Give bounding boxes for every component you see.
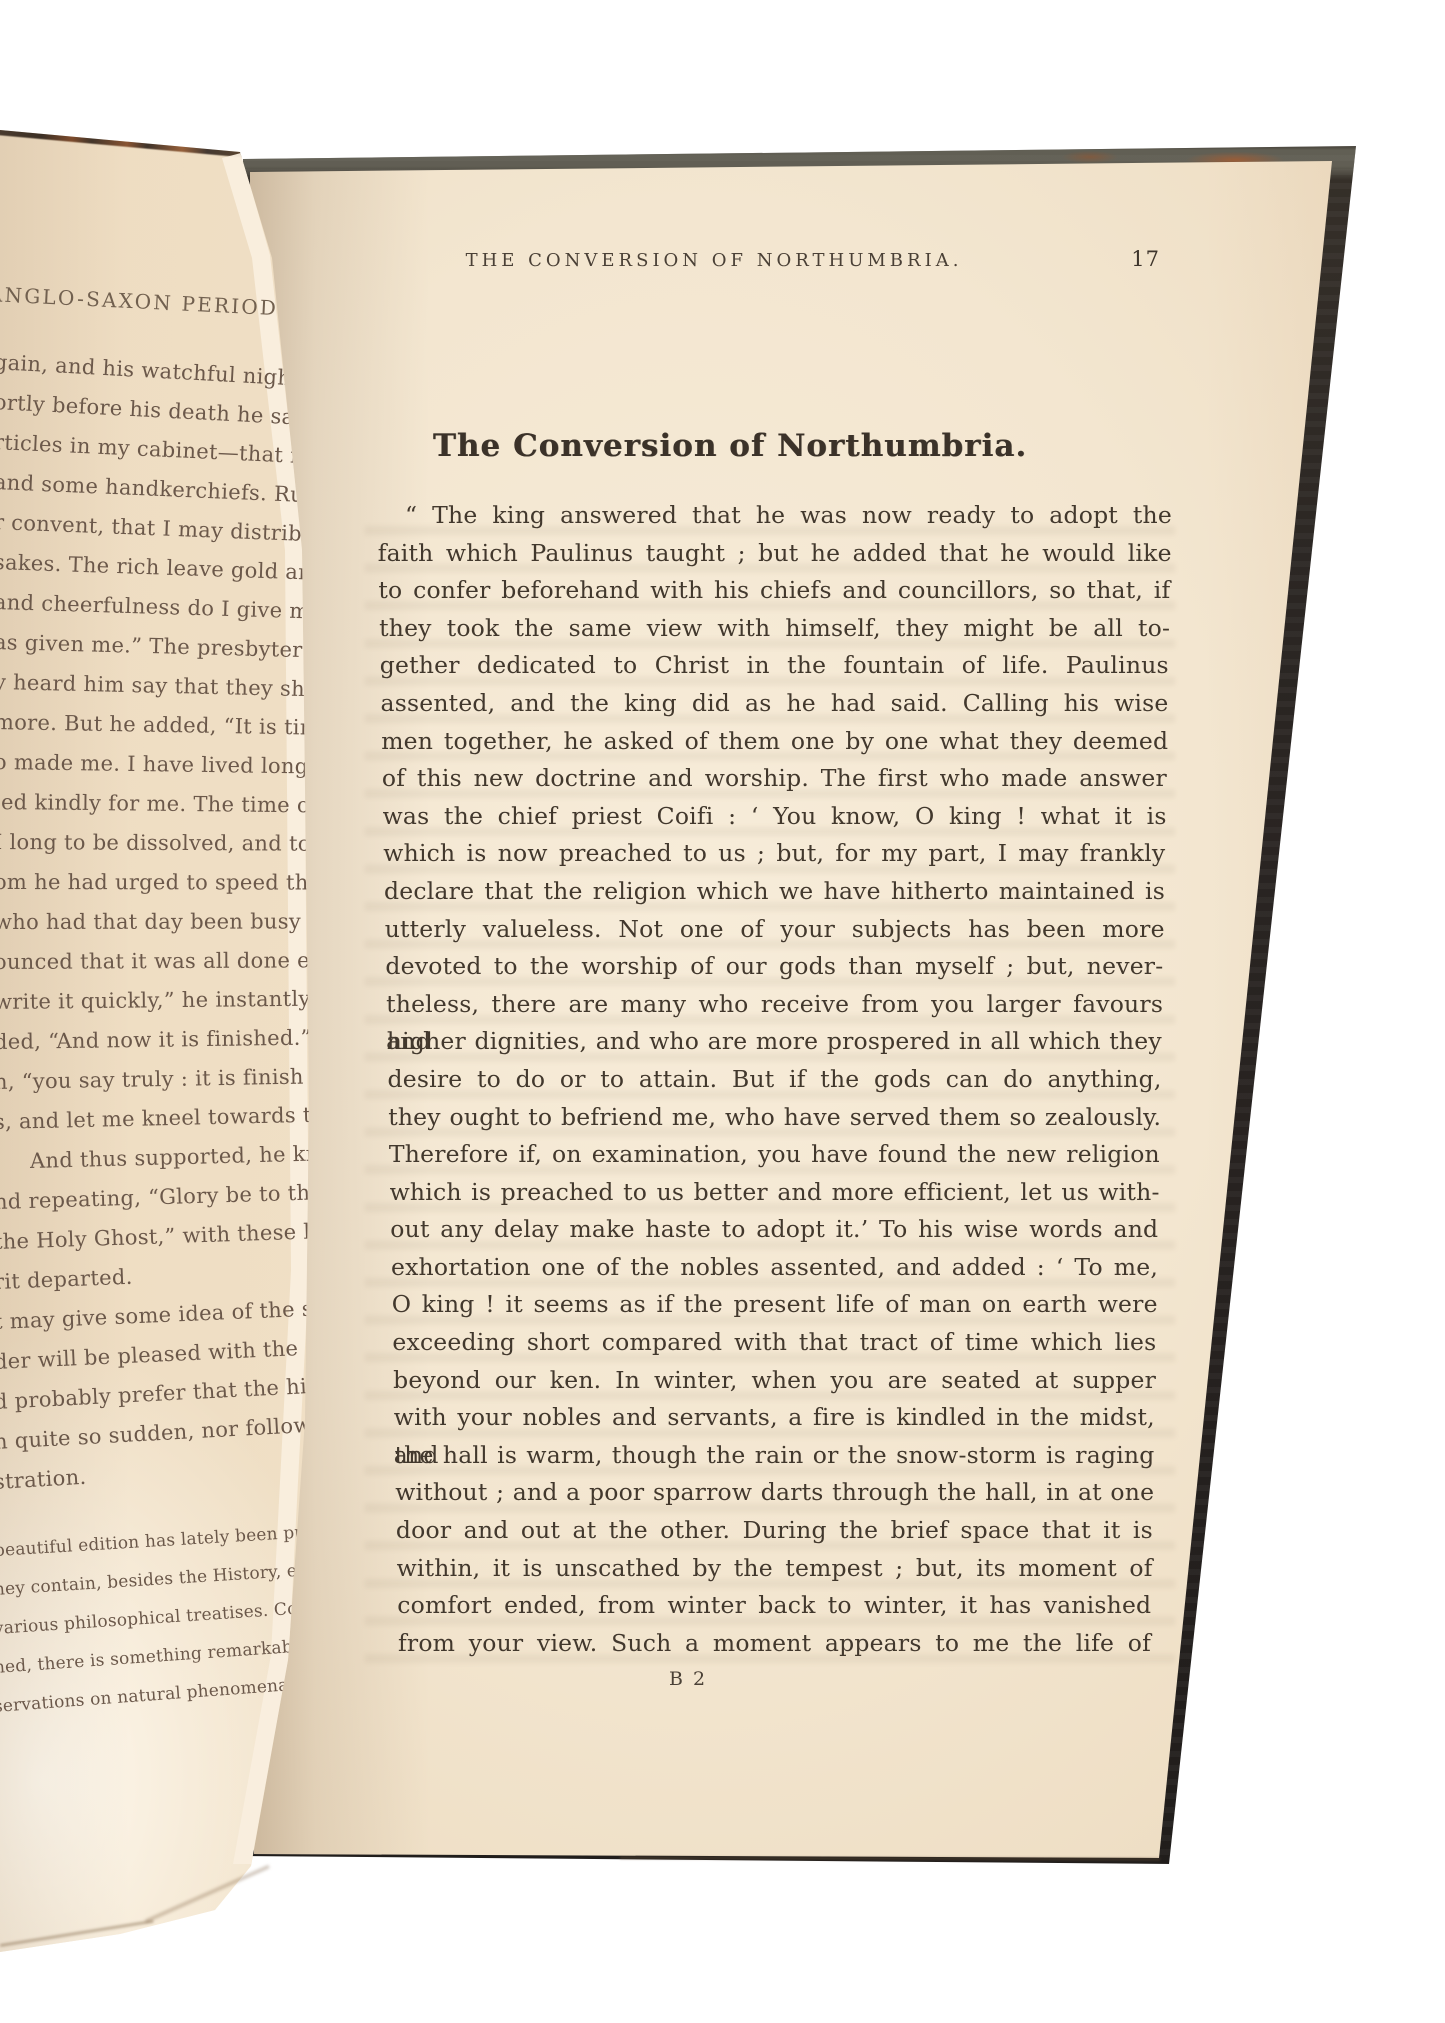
- right-page-header: THE CONVERSION OF NORTHUMBRIA. 17: [380, 247, 1160, 271]
- body-line: utterly valueless. Not one of your subje…: [385, 911, 1165, 949]
- body-line: “ The king answered that he was now read…: [377, 497, 1172, 535]
- page-top-edge: [0, 127, 248, 158]
- body-line: exhortation one of the nobles assented, …: [391, 1249, 1158, 1287]
- body-line: of this new doctrine and worship. The fi…: [382, 760, 1167, 798]
- running-head: THE CONVERSION OF NORTHUMBRIA.: [354, 250, 1074, 271]
- body-line: desire to do or to attain. But if the go…: [388, 1061, 1162, 1099]
- book-photo: THE CONVERSION OF NORTHUMBRIA. 17 The Co…: [0, 0, 1445, 2023]
- body-line: O king ! it seems as if the present life…: [392, 1286, 1158, 1324]
- body-line: comfort ended, from winter back to winte…: [397, 1587, 1151, 1625]
- body-line: declare that the religion which we have …: [384, 873, 1165, 911]
- body-line: faith which Paulinus taught ; but he add…: [378, 535, 1172, 573]
- body-line: exceeding short compared with that tract…: [392, 1324, 1156, 1362]
- body-line: devoted to the worship of our gods than …: [385, 948, 1163, 986]
- body-line: without ; and a poor sparrow darts throu…: [395, 1474, 1154, 1512]
- body-line: Therefore if, on examination, you have f…: [389, 1136, 1160, 1174]
- body-line: out any delay make haste to adopt it.’ T…: [390, 1211, 1158, 1249]
- running-head: ANGLO-SAXON PERIOD.: [0, 282, 286, 321]
- body-line: door and out at the other. During the br…: [396, 1512, 1153, 1550]
- page-number: 17: [1100, 247, 1160, 271]
- body-line: which is preached to us better and more …: [390, 1174, 1160, 1212]
- body-line: with your nobles and servants, a fire is…: [394, 1399, 1155, 1437]
- body-line: men together, he asked of them one by on…: [381, 723, 1168, 761]
- body-line: they took the same view with himself, th…: [379, 610, 1170, 648]
- body-line: the hall is warm, though the rain or the…: [395, 1437, 1155, 1475]
- chapter-heading: The Conversion of Northumbria.: [380, 428, 1080, 464]
- body-line: was the chief priest Coifi : ‘ You know,…: [383, 798, 1167, 836]
- body-line: to confer beforehand with his chiefs and…: [378, 572, 1170, 610]
- signature-mark: B 2: [380, 1668, 996, 1690]
- body-line: which is now preached to us ; but, for m…: [383, 835, 1165, 873]
- body-line: they ought to befriend me, who have serv…: [388, 1099, 1161, 1137]
- body-line: assented, and the king did as he had sai…: [381, 685, 1169, 723]
- body-line: higher dignities, and who are more prosp…: [387, 1023, 1162, 1061]
- body-line: within, it is unscathed by the tempest ;…: [397, 1550, 1153, 1588]
- body-text: “ The king answered that he was now read…: [377, 497, 1172, 1662]
- body-line: theless, there are many who receive from…: [386, 986, 1163, 1024]
- body-line: gether dedicated to Christ in the founta…: [380, 647, 1169, 685]
- body-line: beyond our ken. In winter, when you are …: [393, 1362, 1156, 1400]
- body-line: from your view. Such a moment appears to…: [398, 1625, 1151, 1663]
